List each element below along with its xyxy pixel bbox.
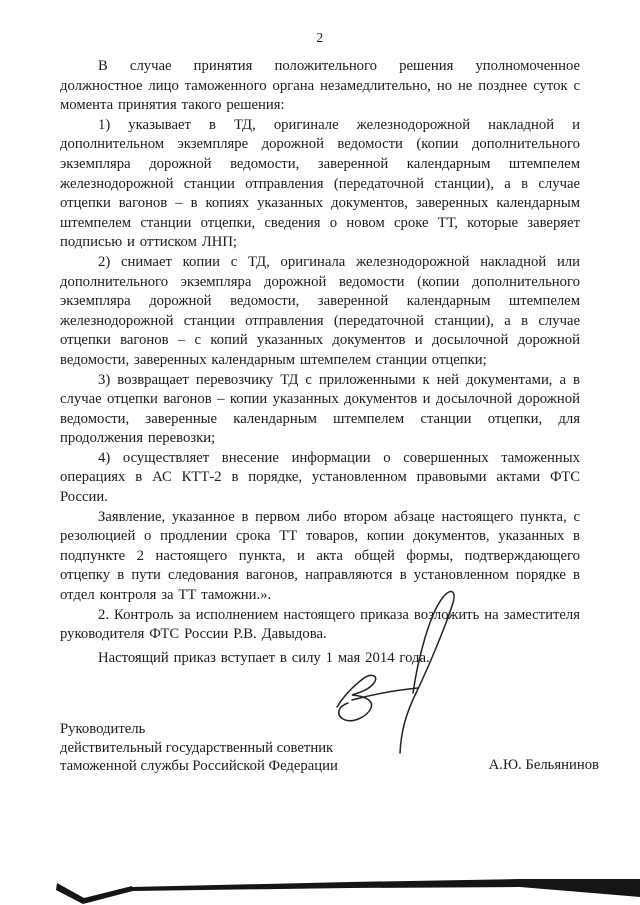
signature-block: Руководитель действительный государствен… <box>60 720 580 775</box>
paragraph-item-2: 2) снимает копии с ТД, оригинала железно… <box>60 253 580 371</box>
paragraph-item-3: 3) возвращает перевозчику ТД с приложенн… <box>60 371 580 449</box>
scan-edge-artifact <box>0 875 640 905</box>
paragraph-item-1: 1) указывает в ТД, оригинале железнодоро… <box>60 116 580 253</box>
page-number: 2 <box>0 30 640 45</box>
paragraph-effective-date: Настоящий приказ вступает в силу 1 мая 2… <box>60 649 580 669</box>
paragraph-intro: В случае принятия положительного решения… <box>60 57 580 116</box>
document-body: В случае принятия положительного решения… <box>60 57 580 775</box>
paragraph-item-4: 4) осуществляет внесение информации о со… <box>60 449 580 508</box>
signatory-title-line-2: действительный государственный советник <box>60 739 580 757</box>
signatory-title-line-1: Руководитель <box>60 720 580 738</box>
signatory-name: А.Ю. Бельянинов <box>489 756 599 774</box>
paragraph-statement: Заявление, указанное в первом либо второ… <box>60 508 580 606</box>
document-page: 2 В случае принятия положительного решен… <box>0 0 640 905</box>
paragraph-control: 2. Контроль за исполнением настоящего пр… <box>60 606 580 645</box>
